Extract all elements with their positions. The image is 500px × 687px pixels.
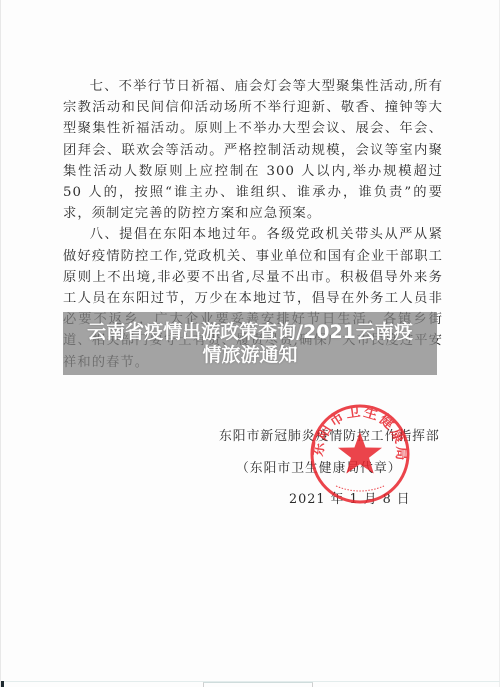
corner-mark <box>1 681 4 687</box>
signature-date: 2021 年 1 月 8 日 <box>289 488 411 507</box>
paragraph-seven: 七、不举行节日祈福、庙会灯会等大型聚集性活动,所有宗教活动和民间信仰活动场所不举… <box>63 76 443 224</box>
overlay-title: 云南省疫情出游政策查询/2021云南疫情旅游通知 <box>80 321 420 367</box>
signature-organization: 东阳市新冠肺炎疫情防控工作指挥部 <box>219 425 440 444</box>
signature-proxy: （东阳市卫生健康局代章） <box>236 457 402 476</box>
document-page: 七、不举行节日祈福、庙会灯会等大型聚集性活动,所有宗教活动和民间信仰活动场所不举… <box>0 0 500 687</box>
title-overlay-banner: 云南省疫情出游政策查询/2021云南疫情旅游通知 <box>63 312 437 375</box>
page-bottom-tab <box>203 682 313 687</box>
